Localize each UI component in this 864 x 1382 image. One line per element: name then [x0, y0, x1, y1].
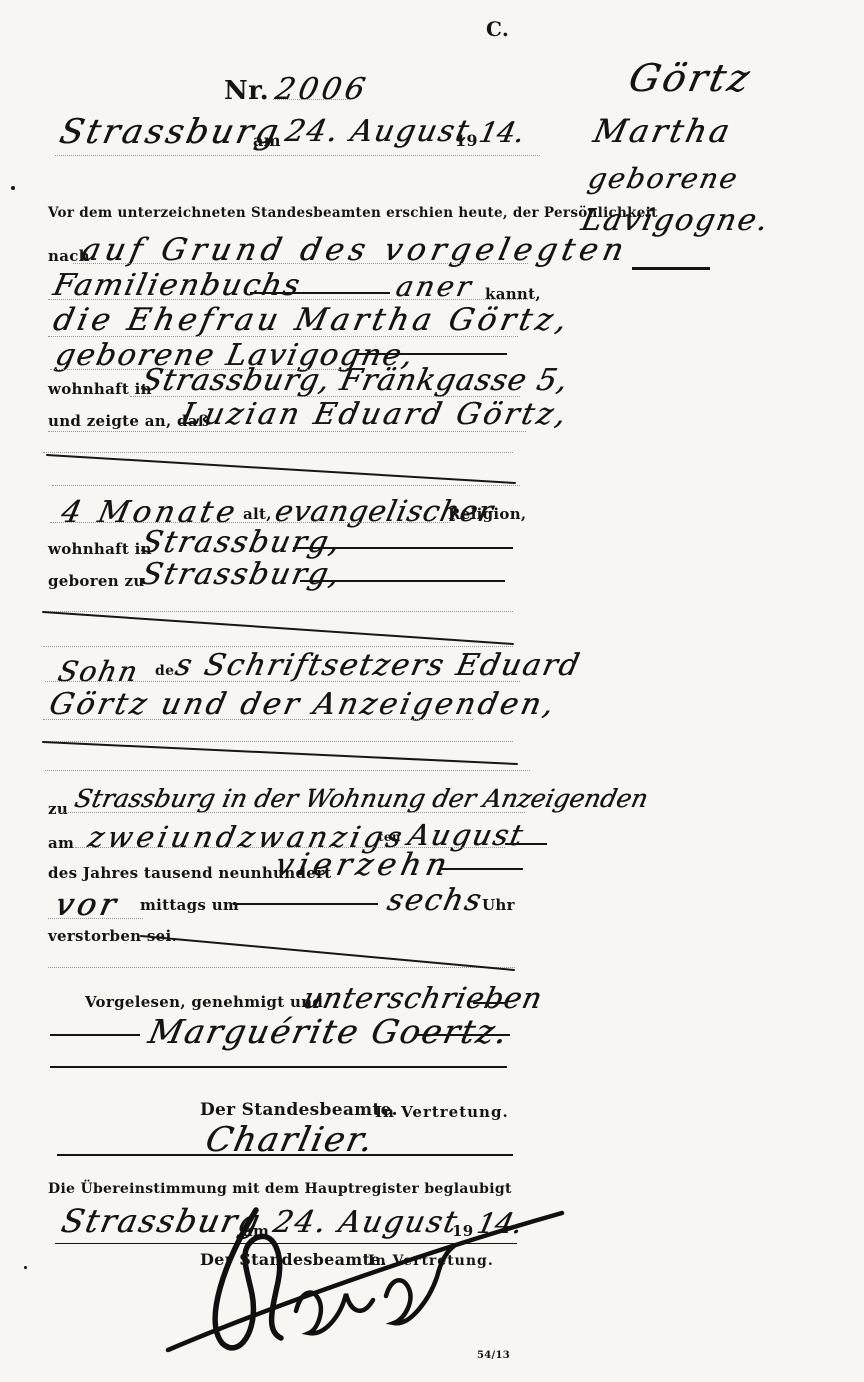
blank-filler-line [293, 547, 513, 549]
de-label: de [155, 663, 174, 679]
declarant-signature: Marguérite Goertz. [145, 1012, 513, 1051]
registration-date: 24. August [282, 114, 474, 149]
paper-speck [24, 1266, 27, 1269]
closing-label: Vorgelesen, genehmigt und [85, 993, 323, 1011]
religion-label: Religion, [448, 505, 526, 523]
ruled-line [52, 485, 520, 486]
ruled-line [48, 336, 518, 337]
blank-filler-line [50, 1066, 507, 1068]
father-line: s Schriftsetzers Eduard [172, 648, 584, 683]
mother-line: Görtz und der Anzeigenden, [46, 687, 560, 722]
attestation-year-printed: 19 [452, 1222, 473, 1240]
intro-printed-text: Vor dem unterzeichneten Standesbeamten e… [48, 205, 658, 221]
deceased-name: Luzian Eduard Görtz, [178, 397, 572, 432]
zu-label: zu [48, 800, 68, 818]
closing-value: unterschrieben [300, 981, 546, 1015]
death-hour: sechs [384, 883, 486, 918]
blank-filler-line [473, 1002, 507, 1004]
ruled-line [50, 522, 450, 523]
deputy-stamp: In Vertretung. [375, 1103, 509, 1121]
sohn-value: Sohn [55, 655, 142, 688]
registrar-label-2: Der Standesbeamte. [200, 1250, 387, 1269]
margin-surname: Görtz [625, 56, 756, 100]
attestation-place: Strassburg [58, 1202, 265, 1240]
death-place: Strassburg in der Wohnung der Anzeigende… [72, 784, 651, 813]
ruled-line [48, 918, 143, 919]
ruled-line [55, 155, 540, 156]
ruled-line [48, 967, 515, 968]
blank-filler-line [440, 868, 523, 870]
ruled-line [60, 812, 525, 813]
strike-line [43, 742, 517, 764]
strike-line [47, 455, 515, 483]
verstorben-label: verstorben sei. [48, 927, 177, 945]
ruled-line [48, 299, 528, 300]
year-printed: 19 [455, 131, 478, 150]
ruled-line [43, 646, 513, 647]
declarant-line1: die Ehefrau Martha Görtz, [50, 302, 574, 338]
blank-filler-line [50, 1034, 140, 1036]
margin-underline [632, 267, 710, 270]
ten-label: ten [378, 830, 401, 844]
record-number-value: 2006 [272, 72, 372, 107]
am-label-2: am [48, 834, 74, 852]
margin-geborene: geborene [585, 162, 742, 195]
form-code: 54/13 [477, 1350, 510, 1361]
alt-label: alt, [243, 505, 272, 523]
ruled-line [45, 681, 520, 682]
attestation-year-written: 14. [474, 1207, 526, 1240]
strike-line [141, 936, 514, 970]
death-certificate-page: C. 54/13 Nr. 2006 Strassburg am 24. Augu… [0, 0, 864, 1382]
attestation-date: 24. August [270, 1205, 462, 1240]
blank-filler-line [233, 903, 378, 905]
am-label: am [253, 131, 281, 150]
year-written: 14. [476, 116, 528, 149]
blank-filler-line [417, 1034, 510, 1036]
kannt-label: kannt, [485, 285, 541, 303]
geboren-label: geboren zu [48, 572, 145, 590]
blank-filler-line [57, 1154, 513, 1156]
blank-filler-line [300, 580, 505, 582]
mittags-label: mittags um [140, 896, 239, 914]
declarant-residence: Strassburg, Fränkgasse 5, [138, 363, 572, 398]
birthplace: Strassburg, [138, 557, 345, 592]
record-number-label: Nr. [224, 76, 269, 106]
attestation-text: Die Übereinstimmung mit dem Hauptregiste… [48, 1181, 512, 1197]
wohnhaft-label-2: wohnhaft in [48, 540, 152, 558]
registration-place: Strassburg [56, 112, 285, 152]
ruled-line [43, 719, 473, 720]
registrar-label: Der Standesbeamte. [200, 1100, 398, 1120]
strike-line [43, 612, 513, 644]
ruled-line [55, 1243, 517, 1244]
ruled-line [73, 263, 528, 264]
ruled-line [45, 770, 530, 771]
ruled-line [43, 741, 513, 742]
ruled-line [43, 452, 513, 453]
death-year: vierzehn [272, 847, 455, 883]
form-corner-letter: C. [486, 17, 509, 41]
margin-first-name: Martha [590, 112, 736, 150]
uhr-label: Uhr [482, 896, 515, 914]
blank-filler-line [250, 292, 390, 294]
blank-filler-line [505, 843, 547, 845]
ruled-line [273, 99, 352, 100]
paper-speck [11, 186, 15, 190]
ruled-line [43, 611, 513, 612]
deceased-residence: Strassburg, [138, 525, 345, 560]
blank-filler-line [357, 353, 507, 355]
attestation-am-label: am [243, 1222, 269, 1240]
ruled-line [48, 431, 526, 432]
recognition-line2: Familienbuchs [50, 268, 304, 303]
deputy-stamp-2: In Vertretung. [368, 1253, 494, 1269]
